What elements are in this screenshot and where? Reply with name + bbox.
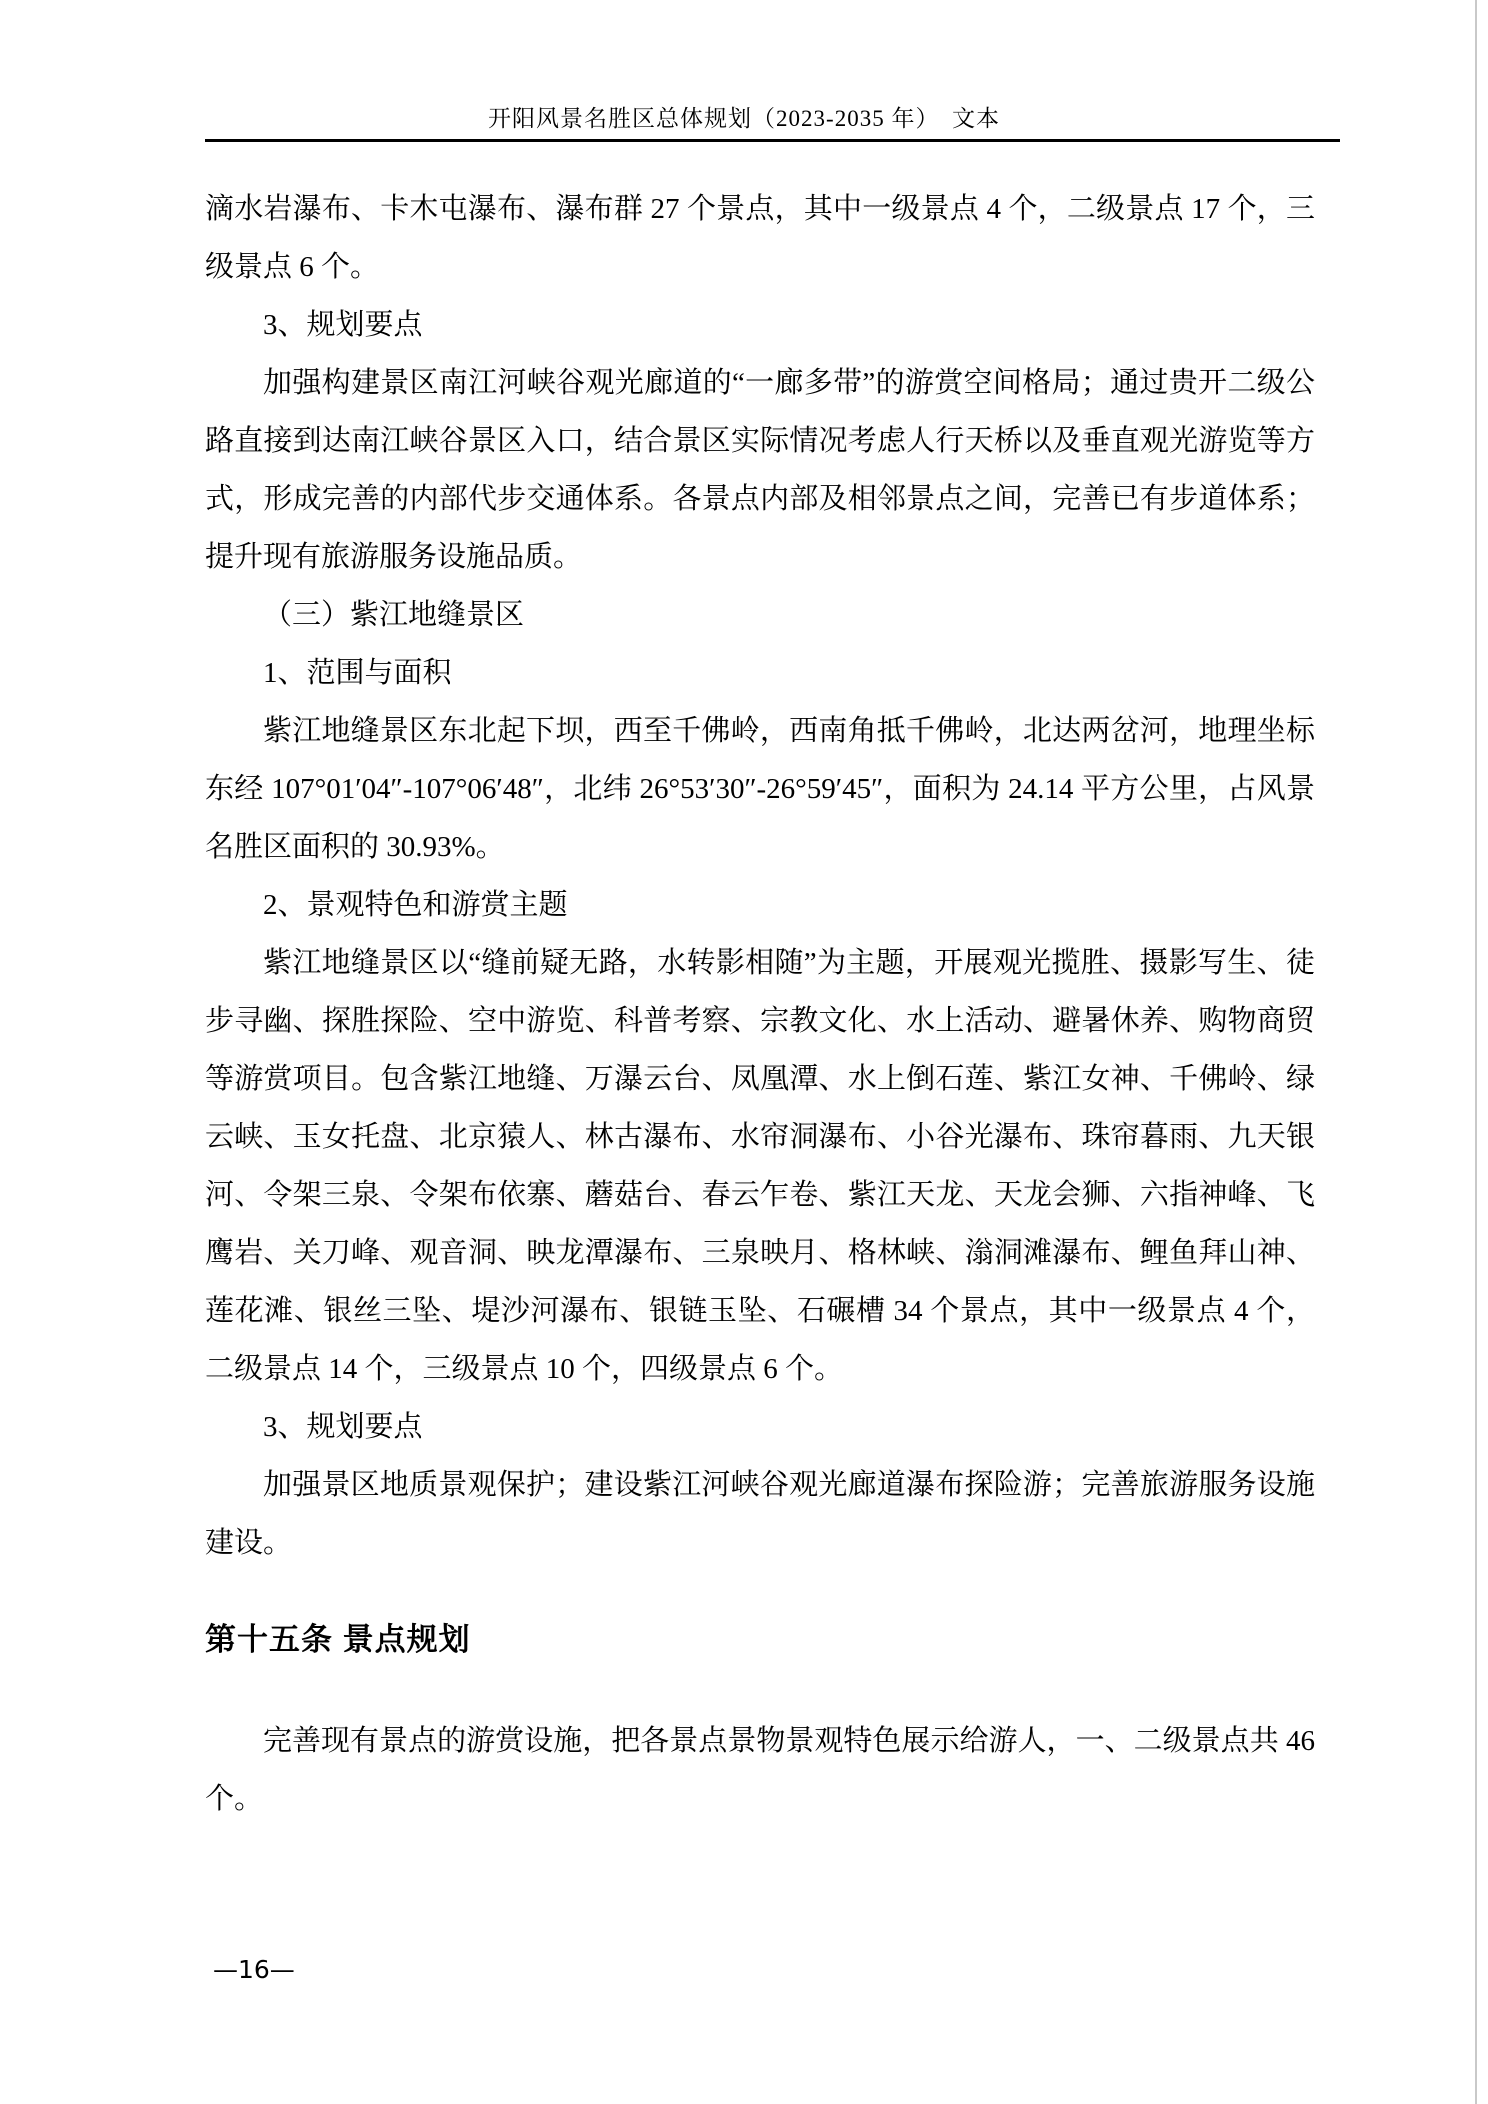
sub-heading: （三）紫江地缝景区 [205, 586, 1315, 644]
paragraph: 紫江地缝景区东北起下坝，西至千佛岭，西南角抵千佛岭，北达两岔河，地理坐标东经 1… [205, 702, 1315, 876]
document-page: 开阳风景名胜区总体规划（2023-2035 年） 文本 滴水岩瀑布、卡木屯瀑布、… [0, 0, 1488, 2104]
sub-heading: 3、规划要点 [205, 1398, 1315, 1456]
header-divider [205, 139, 1340, 142]
sub-heading: 1、范围与面积 [205, 644, 1315, 702]
article-heading: 第十五条 景点规划 [205, 1618, 1315, 1662]
paragraph: 滴水岩瀑布、卡木屯瀑布、瀑布群 27 个景点，其中一级景点 4 个，二级景点 1… [205, 180, 1315, 296]
paragraph: 紫江地缝景区以“缝前疑无路，水转影相随”为主题，开展观光揽胜、摄影写生、徒步寻幽… [205, 934, 1315, 1398]
page-edge-line [1475, 0, 1477, 2104]
paragraph: 加强构建景区南江河峡谷观光廊道的“一廊多带”的游赏空间格局；通过贵开二级公路直接… [205, 354, 1315, 586]
sub-heading: 2、景观特色和游赏主题 [205, 876, 1315, 934]
document-body: 滴水岩瀑布、卡木屯瀑布、瀑布群 27 个景点，其中一级景点 4 个，二级景点 1… [205, 180, 1315, 1828]
sub-heading: 3、规划要点 [205, 296, 1315, 354]
page-number: —16— [213, 1952, 295, 1988]
page-header-title: 开阳风景名胜区总体规划（2023-2035 年） 文本 [0, 104, 1488, 134]
paragraph: 完善现有景点的游赏设施，把各景点景物景观特色展示给游人，一、二级景点共 46 个… [205, 1712, 1315, 1828]
paragraph: 加强景区地质景观保护；建设紫江河峡谷观光廊道瀑布探险游；完善旅游服务设施建设。 [205, 1456, 1315, 1572]
